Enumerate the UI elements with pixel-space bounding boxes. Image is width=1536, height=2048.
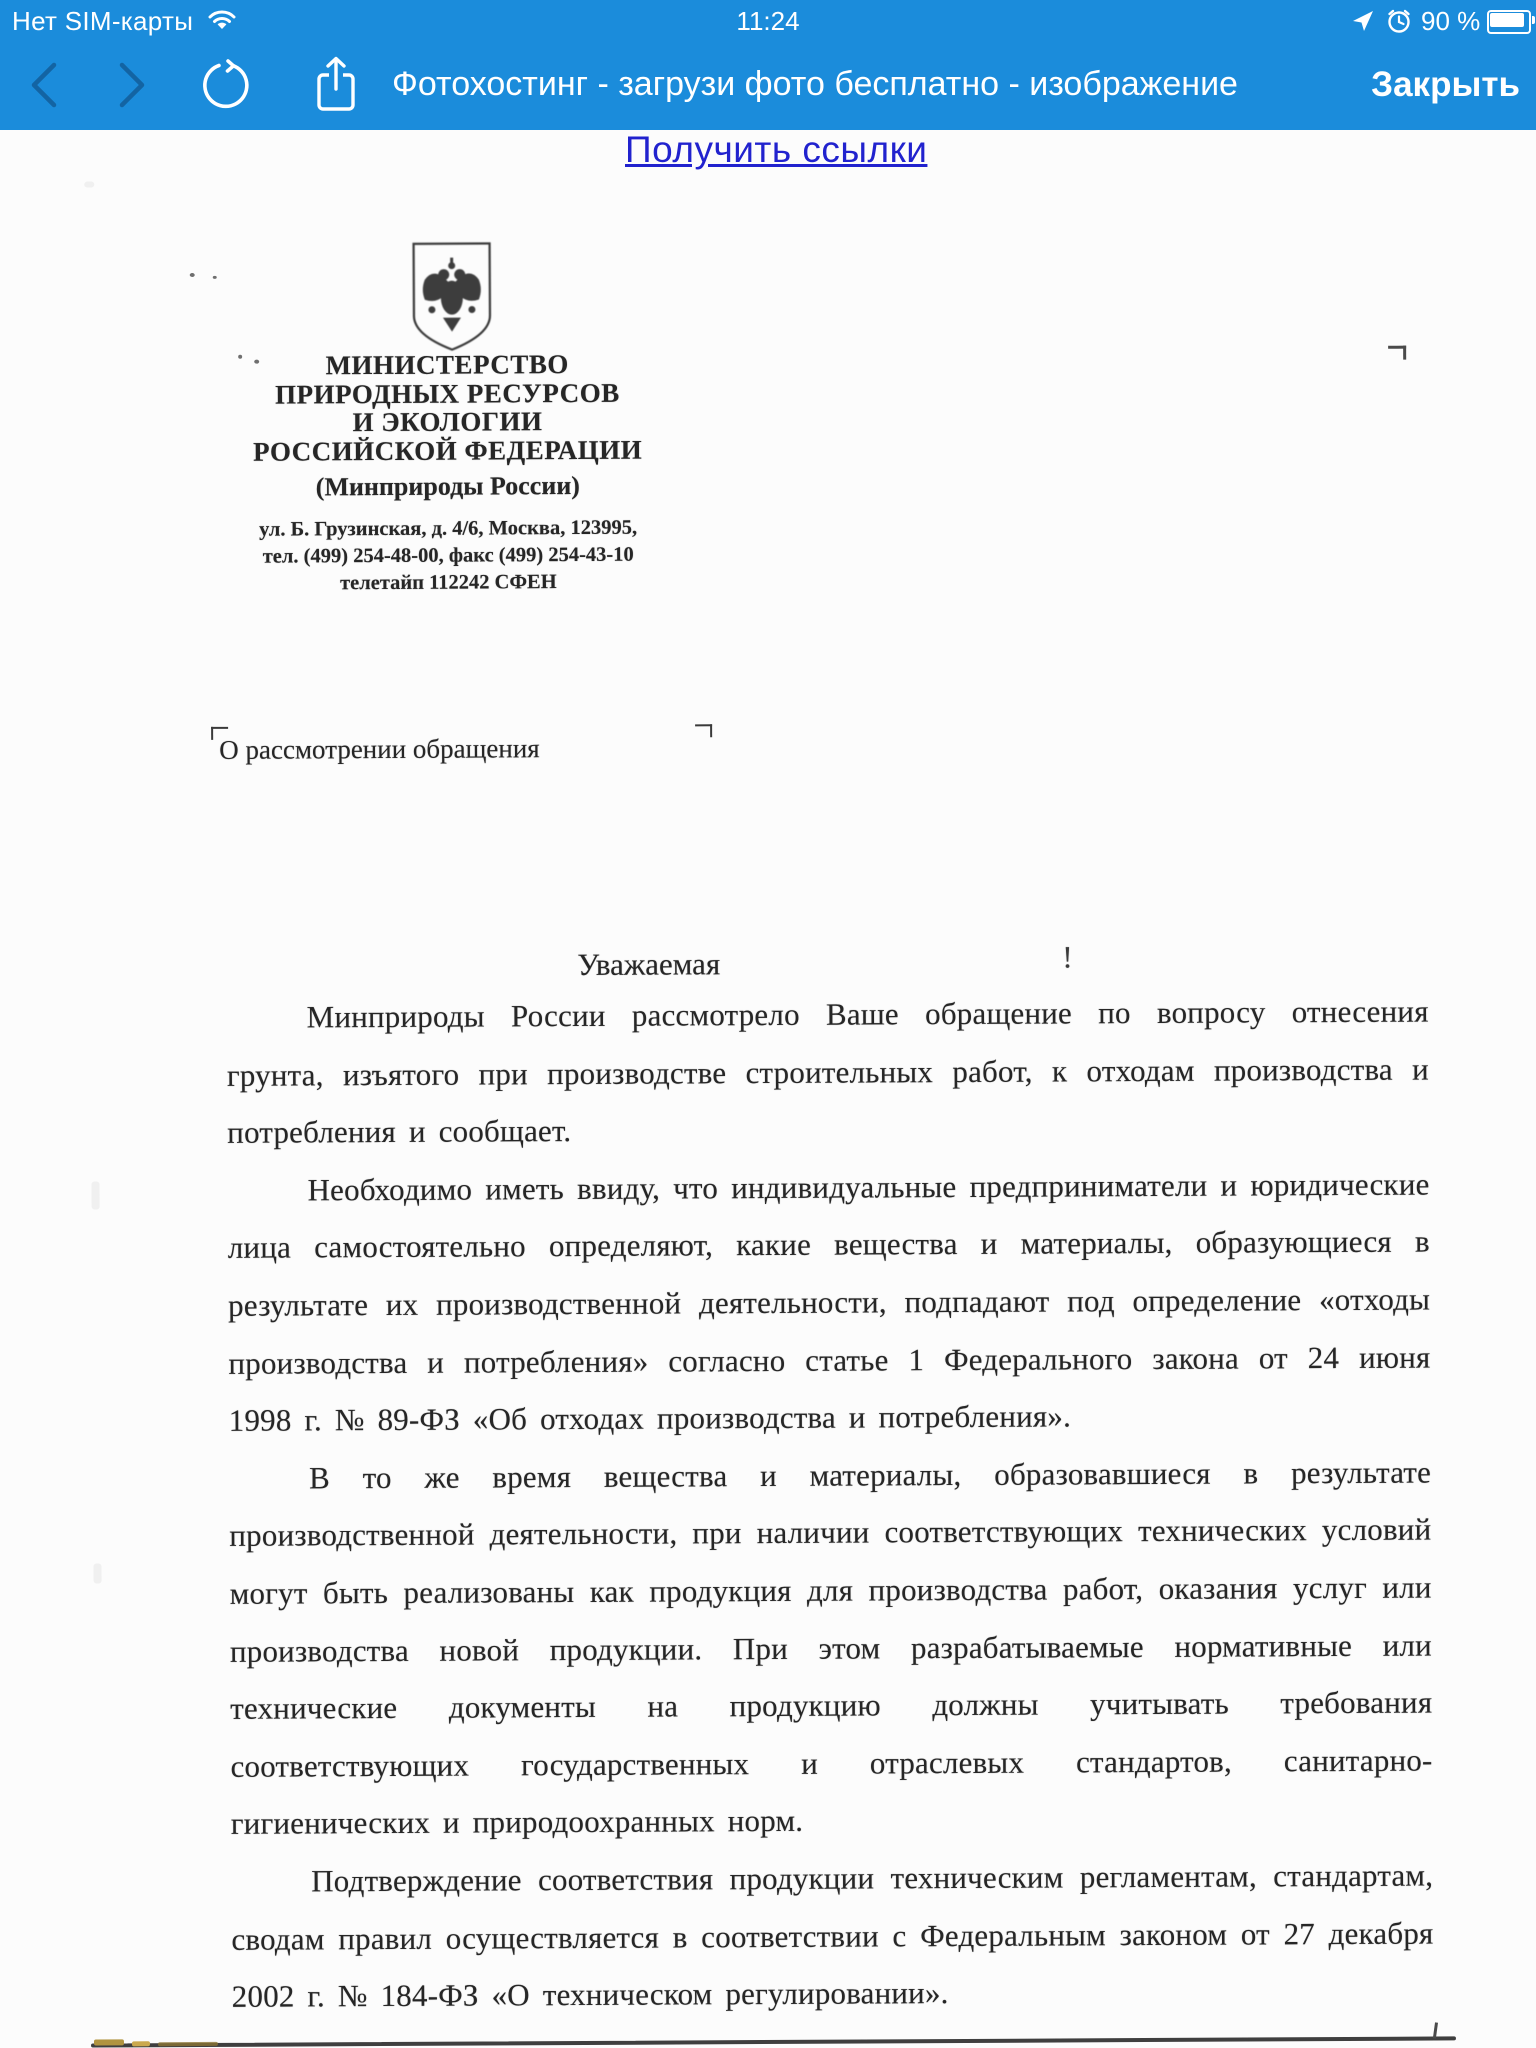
- address-line: телетайп 112242 СФЕН: [228, 569, 668, 598]
- scan-bottom-speck: [158, 2042, 218, 2046]
- scan-smudge: [91, 1182, 99, 1210]
- ministry-short-name: (Минприроды России): [228, 471, 668, 503]
- browser-toolbar: Фотохостинг - загрузи фото бесплатно - и…: [0, 40, 1536, 130]
- ministry-name-line: МИНИСТЕРСТВО: [227, 350, 667, 381]
- salutation-exclamation: !: [1062, 939, 1073, 975]
- scan-bottom-speck: [94, 2039, 124, 2045]
- scan-speck: [238, 355, 242, 359]
- ministry-name-line: ПРИРОДНЫХ РЕСУРСОВ: [227, 378, 667, 409]
- scan-bottom-speck: [132, 2041, 150, 2046]
- page-title: Фотохостинг - загрузи фото бесплатно - и…: [392, 65, 1352, 104]
- scan-bottom-edge: [91, 2036, 1456, 2047]
- scan-corner-mark: [695, 724, 712, 737]
- ministry-name-line: И ЭКОЛОГИИ: [227, 407, 667, 438]
- screen: Нет SIM-карты 11:24 90 %: [0, 0, 1536, 2048]
- share-icon[interactable]: [315, 55, 357, 118]
- close-button[interactable]: Закрыть: [1371, 65, 1520, 105]
- chevron-left-icon[interactable]: [28, 61, 60, 114]
- scanned-letter: МИНИСТЕРСТВО ПРИРОДНЫХ РЕСУРСОВ И ЭКОЛОГ…: [0, 126, 1536, 2048]
- scan-speck: [254, 360, 259, 364]
- russian-coat-of-arms: [405, 239, 500, 353]
- scan-speck: [213, 276, 217, 279]
- location-arrow-icon: [1352, 10, 1374, 37]
- letterhead: МИНИСТЕРСТВО ПРИРОДНЫХ РЕСУРСОВ И ЭКОЛОГ…: [227, 350, 668, 598]
- address-line: ул. Б. Грузинская, д. 4/6, Москва, 12399…: [228, 515, 668, 544]
- letter-paragraph: Необходимо иметь ввиду, что индивидуальн…: [227, 1155, 1430, 1449]
- scan-smudge: [84, 182, 94, 188]
- ministry-name-line: РОССИЙСКОЙ ФЕДЕРАЦИИ: [228, 435, 668, 466]
- battery-icon: [1487, 10, 1533, 32]
- reload-icon[interactable]: [200, 59, 252, 116]
- address-line: тел. (499) 254-48-00, факс (499) 254-43-…: [228, 542, 668, 571]
- clock: 11:24: [0, 6, 1536, 37]
- scan-speck: [190, 273, 195, 277]
- ministry-address: ул. Б. Грузинская, д. 4/6, Москва, 12399…: [228, 515, 668, 598]
- letter-subject: О рассмотрении обращения: [219, 733, 540, 766]
- chevron-right-icon[interactable]: [116, 61, 148, 114]
- letter-paragraph: Подтверждение соответствия продукции тех…: [231, 1846, 1434, 2025]
- letter-body: Минприроды России рассмотрело Ваше обращ…: [226, 983, 1433, 2026]
- scan-corner-mark: [1388, 346, 1406, 360]
- letter-paragraph: В то же время вещества и материалы, обра…: [229, 1443, 1433, 1852]
- alarm-clock-icon: [1386, 8, 1412, 39]
- scan-smudge: [93, 1563, 101, 1583]
- letter-salutation: Уважаемая: [577, 946, 720, 983]
- battery-percent-label: 90 %: [1421, 6, 1480, 37]
- letter-paragraph: Минприроды России рассмотрело Ваше обращ…: [226, 983, 1429, 1162]
- status-bar: Нет SIM-карты 11:24 90 %: [0, 0, 1536, 40]
